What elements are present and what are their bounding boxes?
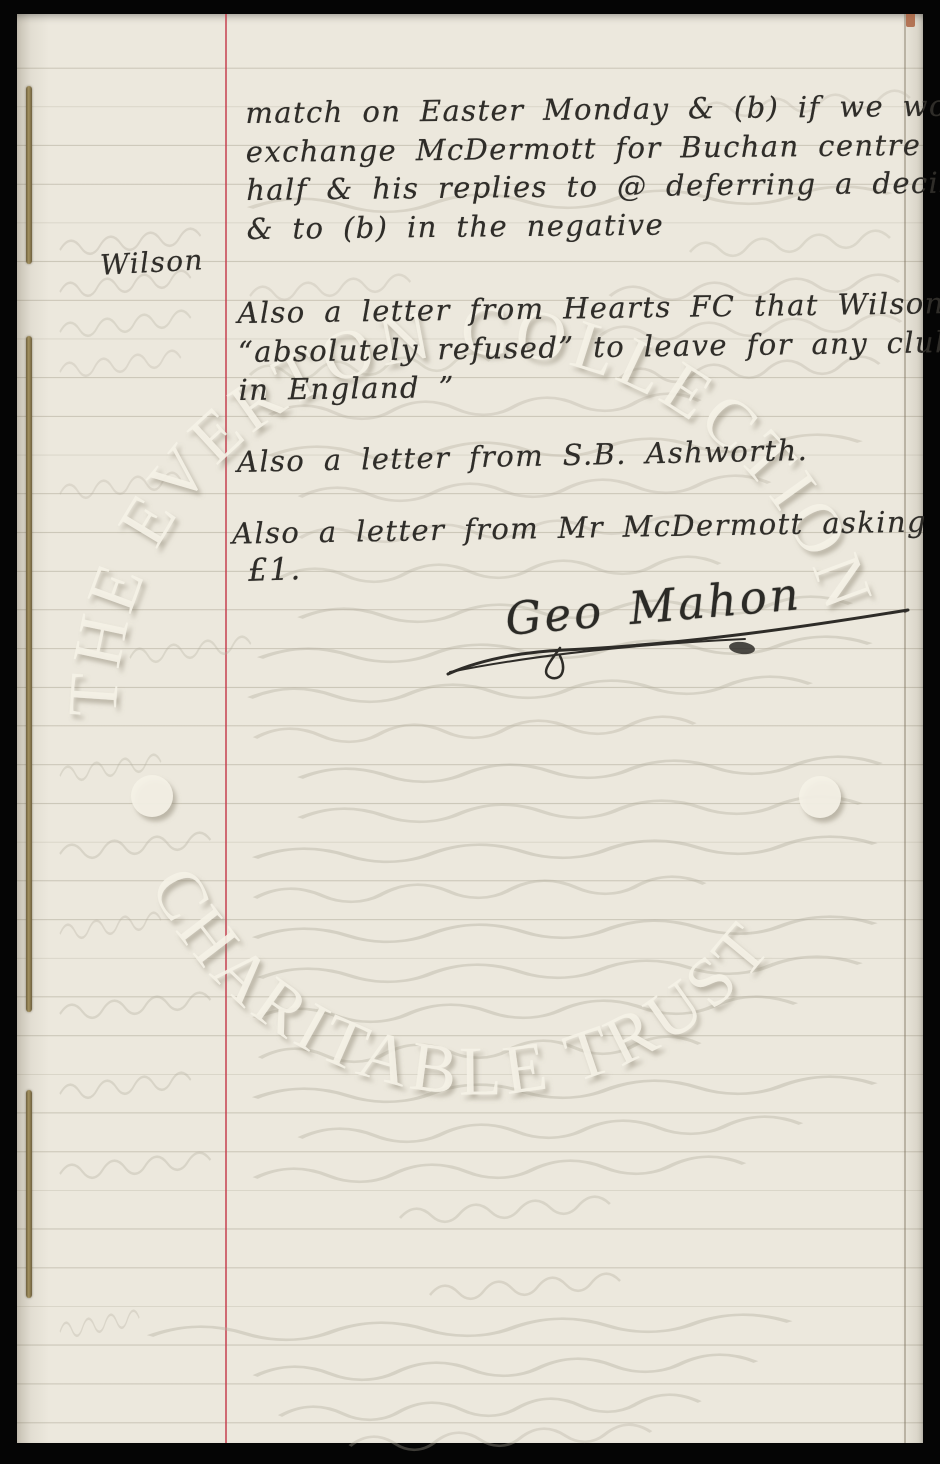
signature-flourish bbox=[448, 610, 909, 678]
scanned-minute-book-page: THE EVERTON COLLECTION CHARITABLE TRUST … bbox=[0, 0, 940, 1464]
signature-flourish-layer bbox=[0, 0, 940, 1464]
